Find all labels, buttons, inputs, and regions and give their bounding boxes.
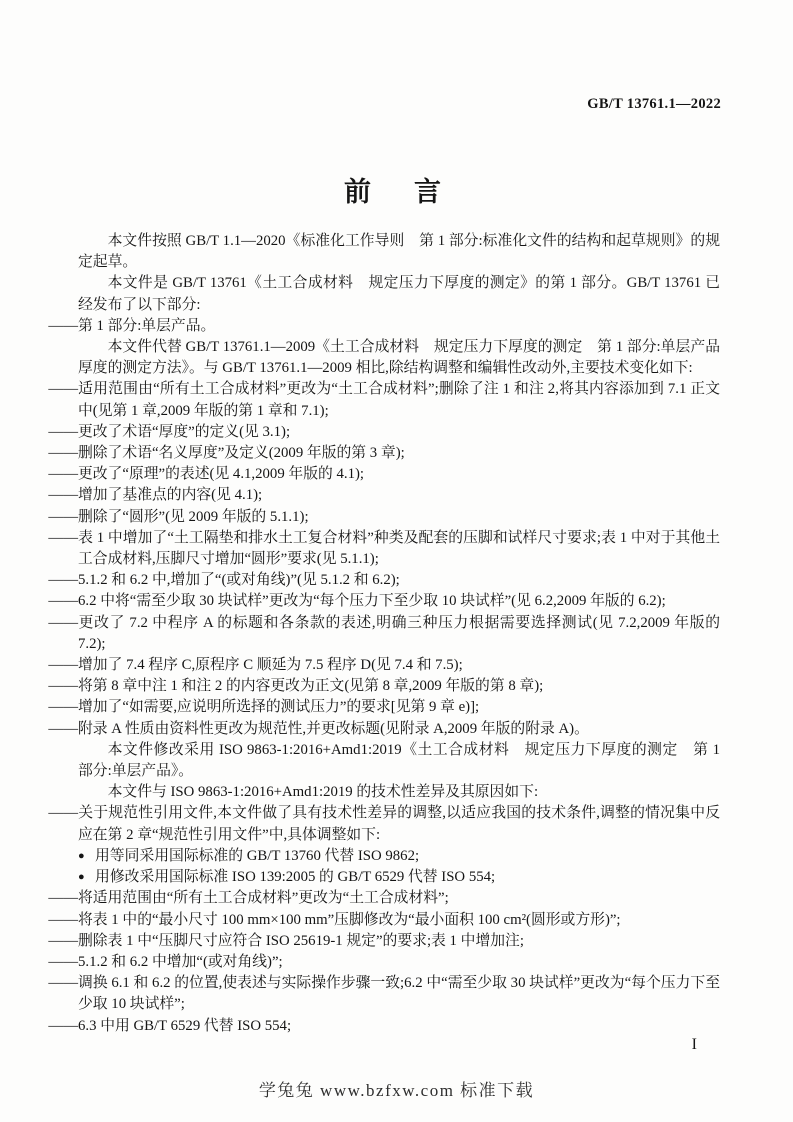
- change-list-item: ——附录 A 性质由资料性更改为规范性,并更改标题(见附录 A,2009 年版的…: [78, 719, 720, 740]
- change-list-item: ——增加了“如需要,应说明所选择的测试压力”的要求[见第 9 章 e)];: [78, 697, 720, 718]
- change-list-item: ——5.1.2 和 6.2 中,增加了“(或对角线)”(见 5.1.2 和 6.…: [78, 570, 720, 591]
- change-list-item: ——删除了术语“名义厚度”及定义(2009 年版的第 3 章);: [78, 443, 720, 464]
- bullet-list-item: ●用修改采用国际标准 ISO 139:2005 的 GB/T 6529 代替 I…: [78, 867, 720, 888]
- change-list-item: ——增加了基准点的内容(见 4.1);: [78, 485, 720, 506]
- change-list-item: ——6.3 中用 GB/T 6529 代替 ISO 554;: [78, 1016, 720, 1037]
- change-list-item: ——5.1.2 和 6.2 中增加“(或对角线)”;: [78, 952, 720, 973]
- change-list-item: ——6.2 中将“需至少取 30 块试样”更改为“每个压力下至少取 10 块试样…: [78, 591, 720, 612]
- foreword-body: 本文件按照 GB/T 1.1—2020《标准化工作导则 第 1 部分:标准化文件…: [78, 231, 720, 1037]
- paragraph: 本文件代替 GB/T 13761.1—2009《土工合成材料 规定压力下厚度的测…: [78, 337, 720, 379]
- change-list-item: ——第 1 部分:单层产品。: [78, 316, 720, 337]
- change-list-item: ——更改了“原理”的表述(见 4.1,2009 年版的 4.1);: [78, 464, 720, 485]
- bullet-item-text: 用等同采用国际标准的 GB/T 13760 代替 ISO 9862;: [95, 848, 419, 864]
- change-list-item: ——删除表 1 中“压脚尺寸应符合 ISO 25619-1 规定”的要求;表 1…: [78, 931, 720, 952]
- change-list-item: ——更改了术语“厚度”的定义(见 3.1);: [78, 422, 720, 443]
- change-list-item: ——表 1 中增加了“土工隔垫和排水土工复合材料”种类及配套的压脚和试样尺寸要求…: [78, 528, 720, 570]
- bullet-icon: ●: [78, 867, 95, 888]
- change-list-item: ——将第 8 章中注 1 和注 2 的内容更改为正文(见第 8 章,2009 年…: [78, 676, 720, 697]
- change-list-item: ——更改了 7.2 中程序 A 的标题和各条款的表述,明确三种压力根据需要选择测…: [78, 613, 720, 655]
- change-list-item: ——将适用范围由“所有土工合成材料”更改为“土工合成材料”;: [78, 888, 720, 909]
- foreword-title: 前 言: [0, 170, 793, 209]
- paragraph: 本文件与 ISO 9863-1:2016+Amd1:2019 的技术性差异及其原…: [78, 782, 720, 803]
- watermark-text: 学兔兔 www.bzfxw.com 标准下载: [0, 1076, 793, 1101]
- bullet-list-item: ●用等同采用国际标准的 GB/T 13760 代替 ISO 9862;: [78, 846, 720, 867]
- change-list-item: ——调换 6.1 和 6.2 的位置,使表述与实际操作步骤一致;6.2 中“需至…: [78, 973, 720, 1015]
- change-list-item: ——删除了“圆形”(见 2009 年版的 5.1.1);: [78, 507, 720, 528]
- bullet-item-text: 用修改采用国际标准 ISO 139:2005 的 GB/T 6529 代替 IS…: [95, 869, 495, 885]
- bullet-icon: ●: [78, 846, 95, 867]
- paragraph: 本文件修改采用 ISO 9863-1:2016+Amd1:2019《土工合成材料…: [78, 740, 720, 782]
- paragraph: 本文件是 GB/T 13761《土工合成材料 规定压力下厚度的测定》的第 1 部…: [78, 273, 720, 315]
- paragraph: 本文件按照 GB/T 1.1—2020《标准化工作导则 第 1 部分:标准化文件…: [78, 231, 720, 273]
- change-list-item: ——增加了 7.4 程序 C,原程序 C 顺延为 7.5 程序 D(见 7.4 …: [78, 655, 720, 676]
- change-list-item: ——关于规范性引用文件,本文件做了具有技术性差异的调整,以适应我国的技术条件,调…: [78, 803, 720, 845]
- change-list-item: ——适用范围由“所有土工合成材料”更改为“土工合成材料”;删除了注 1 和注 2…: [78, 379, 720, 421]
- page-number: I: [692, 1036, 697, 1054]
- document-page: GB/T 13761.1—2022 前 言 本文件按照 GB/T 1.1—202…: [0, 0, 793, 1122]
- standard-code-header: GB/T 13761.1—2022: [587, 96, 721, 113]
- change-list-item: ——将表 1 中的“最小尺寸 100 mm×100 mm”压脚修改为“最小面积 …: [78, 910, 720, 931]
